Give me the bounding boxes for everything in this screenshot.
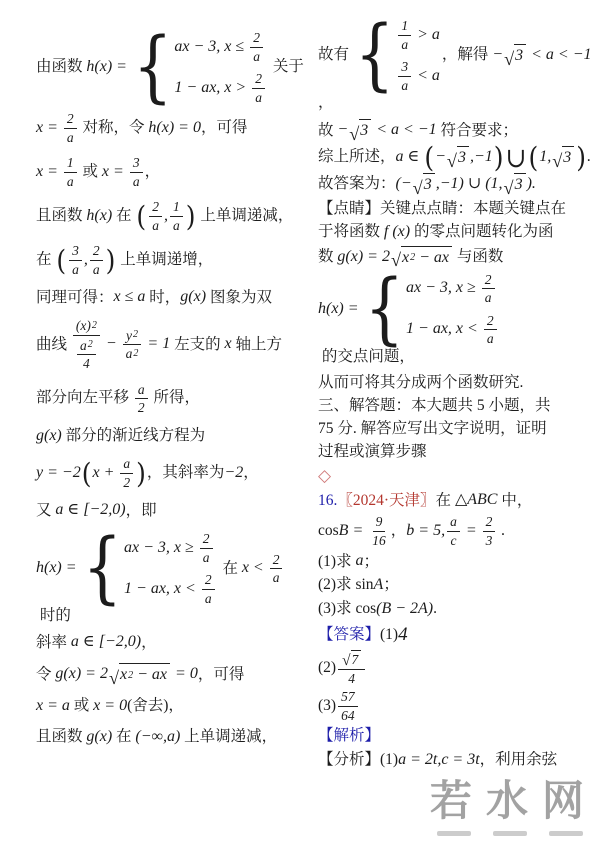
text-run: 故有 xyxy=(318,45,353,65)
math-run: 2 xyxy=(253,30,260,46)
math-run: 1 − ax, x > xyxy=(174,78,250,99)
math-run: 3 xyxy=(563,148,571,169)
text-run: (3)求 xyxy=(318,599,355,619)
math-run: 4 xyxy=(348,671,355,687)
fraction: a24 xyxy=(77,338,96,372)
big-delimiter: ∪ xyxy=(505,144,528,172)
text-run: ，解得 xyxy=(442,45,492,65)
superscript: 2 xyxy=(92,321,97,331)
math-run: 3 xyxy=(486,533,493,549)
math-run: a xyxy=(126,346,133,362)
radicand: 3 xyxy=(514,173,526,196)
math-run: 64 xyxy=(341,708,355,724)
text-run: 令 xyxy=(36,665,55,685)
text-run: 部分的渐近线方程为 xyxy=(62,426,205,446)
math-run: 2 xyxy=(138,400,145,416)
text-run: ； xyxy=(363,552,379,572)
numerator: 1 xyxy=(170,199,183,217)
math-run: h(x) = 0 xyxy=(148,118,201,139)
text-run: 曲线 xyxy=(36,335,71,355)
math-run: a xyxy=(355,551,363,572)
math-run: 3 xyxy=(133,155,140,171)
text-run: 中， xyxy=(497,491,532,511)
text-run: 于将函数 xyxy=(318,222,384,242)
math-run: x xyxy=(120,665,127,686)
radical-sign: √ xyxy=(504,50,514,68)
math-run: a xyxy=(401,37,408,53)
fraction: 1a xyxy=(64,155,77,189)
text-line: 由函数 h(x) = {ax − 3, x ≤ 2a1 − ax, x > 2a… xyxy=(36,30,314,105)
math-run: = xyxy=(462,521,481,542)
math-run: x = xyxy=(36,118,62,139)
text-run: . xyxy=(433,599,437,619)
numerator: 2 xyxy=(483,514,496,532)
denominator: a2 xyxy=(123,345,142,362)
math-run: cos xyxy=(355,599,376,619)
text-run: ， xyxy=(145,162,161,182)
math-run: a xyxy=(67,130,74,146)
text-run: 关于 xyxy=(269,57,304,77)
text-run: 75 分. 解答应写出文字说明，证明 xyxy=(318,419,547,439)
fraction: 2a xyxy=(484,313,497,347)
text-run: 数 xyxy=(318,247,337,267)
text-run: 16. xyxy=(318,491,337,511)
numerator: 3 xyxy=(69,243,82,261)
right-column: 故有 {1a > a3a < a，解得 −√3 < a < −1，故 −√3 <… xyxy=(318,16,596,773)
math-run: (− xyxy=(396,174,412,195)
text-run: 轴上方 xyxy=(232,335,282,355)
big-delimiter: ) xyxy=(105,246,117,274)
text-run: 从而可将其分成两个函数研究. xyxy=(318,373,523,393)
denominator: a xyxy=(130,173,143,190)
denominator: a xyxy=(270,569,283,586)
math-run: a xyxy=(138,382,145,398)
text-run: 故 xyxy=(318,121,337,141)
watermark-subtext xyxy=(424,831,596,836)
math-run: 3 xyxy=(515,175,523,196)
math-run: 2 xyxy=(486,514,493,530)
radical-sign: √ xyxy=(109,669,119,687)
text-line: 同理可得：x ≤ a 时，g(x) 图象为双 xyxy=(36,287,314,308)
text-run: ，利用余弦 xyxy=(480,750,558,770)
fraction: 3a xyxy=(130,155,143,189)
numerator: 57 xyxy=(338,689,358,707)
math-run: a xyxy=(273,570,280,586)
text-line: 在 (3a,2a) 上单调递增， xyxy=(36,243,314,277)
math-run: △ABC xyxy=(455,490,498,511)
big-delimiter: ) xyxy=(135,459,147,487)
math-run: 3 xyxy=(401,59,408,75)
denominator: a xyxy=(64,129,77,146)
text-run: 【分析】(1) xyxy=(318,750,398,770)
math-run: − xyxy=(435,147,446,168)
numerator: 9 xyxy=(373,514,386,532)
text-run: 部分向左平移 xyxy=(36,388,133,408)
radicand: x2 − ax xyxy=(401,246,452,269)
math-run: 2 xyxy=(205,572,212,588)
superscript: 2 xyxy=(133,330,138,340)
math-run: (x) xyxy=(76,318,91,334)
fraction: 2a xyxy=(90,243,103,277)
text-line: 曲线 (x)2a24 − y2a2 = 1 左支的 x 轴上方 xyxy=(36,318,314,372)
fraction: 2a xyxy=(482,272,495,306)
text-line: ◇ xyxy=(318,465,596,487)
numerator: 2 xyxy=(270,552,283,570)
text-run: 所得， xyxy=(150,388,200,408)
math-run: cos xyxy=(318,521,339,541)
sqrt-radical: √3 xyxy=(447,146,469,169)
text-line: x = 2a 对称，令 h(x) = 0，可得 xyxy=(36,111,314,145)
numerator: √7 xyxy=(338,650,365,670)
math-run: x = a xyxy=(36,696,70,717)
numerator: 2 xyxy=(252,71,265,89)
fraction: 2a xyxy=(149,199,162,233)
text-run: ，即 xyxy=(126,501,157,521)
numerator: 2 xyxy=(200,531,213,549)
fraction: ac xyxy=(447,514,460,548)
numerator: 2 xyxy=(64,111,77,129)
text-line: 斜率 a ∈ [−2,0)， xyxy=(36,632,314,653)
denominator: a xyxy=(90,261,103,278)
math-run: < a xyxy=(413,66,440,87)
text-run: (舍去)， xyxy=(127,696,184,716)
denominator: 3 xyxy=(483,532,496,549)
math-run: a xyxy=(255,90,262,106)
math-run: ,−1) ∪ (1, xyxy=(436,174,503,195)
fraction: 5764 xyxy=(338,689,358,723)
text-run: 【解析】 xyxy=(318,726,380,746)
superscript: 2 xyxy=(88,340,93,350)
math-run: > a xyxy=(413,25,440,46)
text-run: 在 xyxy=(112,727,135,747)
math-run: ax − 3, x ≥ xyxy=(406,278,480,299)
numerator: a xyxy=(120,456,133,474)
text-line: 【解析】 xyxy=(318,726,596,746)
text-line: 故答案为：(−√3,−1) ∪ (1,√3). xyxy=(318,173,596,196)
numerator: 2 xyxy=(202,572,215,590)
document-page: 由函数 h(x) = {ax − 3, x ≤ 2a1 − ax, x > 2a… xyxy=(0,0,600,849)
math-run: 4 xyxy=(83,356,90,372)
math-run: − xyxy=(337,120,348,141)
math-run: a xyxy=(450,514,457,530)
math-run: < a < −1 xyxy=(372,120,436,141)
math-run: a ∈ xyxy=(396,147,424,168)
math-run: h(x) xyxy=(86,206,112,227)
text-run: ， xyxy=(243,463,259,483)
math-run: g(x) = 2 xyxy=(55,664,108,685)
left-brace-icon: { xyxy=(83,532,122,606)
math-run: x = xyxy=(102,162,128,183)
denominator: 64 xyxy=(338,707,358,724)
text-run: 同理可得： xyxy=(36,288,114,308)
text-run: ，可得 xyxy=(201,118,248,138)
left-column: 由函数 h(x) = {ax − 3, x ≤ 2a1 − ax, x > 2a… xyxy=(36,28,314,758)
cases-group: {ax − 3, x ≤ 2a1 − ax, x > 2a xyxy=(133,30,267,105)
text-run: 且函数 xyxy=(36,206,86,226)
text-line: (2)√74 xyxy=(318,650,596,686)
text-run: (1)求 xyxy=(318,552,355,572)
text-line: 过程或演算步骤 xyxy=(318,442,596,462)
math-run: a ∈ [−2,0) xyxy=(71,632,141,653)
watermark-subtext-blur xyxy=(437,831,471,836)
radicand: x2 − ax xyxy=(119,663,170,686)
radicand: 7 xyxy=(351,650,362,668)
text-line: 【分析】(1)a = 2t,c = 3t，利用余弦 xyxy=(318,750,596,771)
left-brace-icon: { xyxy=(365,272,404,346)
text-run: ◇ xyxy=(318,465,331,487)
math-run: 1, xyxy=(539,147,551,168)
radicand: 3 xyxy=(514,44,526,67)
denominator: a xyxy=(252,89,265,106)
fraction: 2a xyxy=(202,572,215,606)
math-run: −2 xyxy=(224,463,243,484)
text-run: 与函数 xyxy=(453,247,503,267)
numerator: 2 xyxy=(482,272,495,290)
cases-row: ax − 3, x ≥ 2a xyxy=(124,531,217,565)
math-run: a xyxy=(485,290,492,306)
text-line: 16.〖2024·天津〗在 △ABC 中， xyxy=(318,490,596,511)
radical-sign: √ xyxy=(552,152,562,170)
denominator: a xyxy=(64,173,77,190)
math-run: x < xyxy=(242,558,268,579)
fraction: y2a2 xyxy=(123,328,142,362)
numerator: 1 xyxy=(398,18,411,36)
math-run: y = −2 xyxy=(36,463,81,484)
numerator: a2 xyxy=(77,338,96,356)
sqrt-radical: √3 xyxy=(504,44,526,67)
math-run: , xyxy=(164,206,168,227)
text-line: 故有 {1a > a3a < a，解得 −√3 < a < −1， xyxy=(318,18,596,113)
math-run: 2 xyxy=(487,313,494,329)
fraction: 2a xyxy=(64,111,77,145)
fraction: a2 xyxy=(135,382,148,416)
big-delimiter: ) xyxy=(493,144,505,172)
math-run: = 0 xyxy=(171,664,198,685)
text-run: 斜率 xyxy=(36,633,71,653)
text-line: 且函数 h(x) 在 (2a,1a) 上单调递减， xyxy=(36,199,314,233)
math-run: 2 xyxy=(485,272,492,288)
text-run: 或 xyxy=(70,696,93,716)
math-run: 57 xyxy=(341,689,355,705)
text-run: 在 xyxy=(112,206,135,226)
math-run: − ax xyxy=(415,248,449,269)
math-run: x = 0 xyxy=(93,696,127,717)
text-run: 在 xyxy=(36,250,55,270)
text-run: 在 xyxy=(436,491,455,511)
math-run: . xyxy=(587,147,591,168)
text-run: 〖2024·天津〗 xyxy=(337,491,435,511)
math-run: ax − 3, x ≥ xyxy=(124,538,198,559)
denominator: a xyxy=(482,289,495,306)
denominator: a xyxy=(250,48,263,65)
fraction: 1a xyxy=(170,199,183,233)
text-run: ，其斜率为 xyxy=(147,463,225,483)
text-line: 【答案】(1)4 xyxy=(318,623,596,648)
math-run: x xyxy=(224,334,231,355)
watermark-subtext-blur xyxy=(493,831,527,836)
math-run: a xyxy=(152,218,159,234)
math-run: (B − 2A) xyxy=(376,599,433,620)
math-run: f (x) xyxy=(384,222,410,243)
text-line: h(x) = {ax − 3, x ≥ 2a1 − ax, x < 2a 的交点… xyxy=(318,272,596,367)
text-run: 综上所述， xyxy=(318,147,396,167)
denominator: c xyxy=(447,532,459,549)
math-run: . xyxy=(497,521,505,542)
cases-row: 1 − ax, x > 2a xyxy=(174,71,267,105)
math-run: a xyxy=(487,331,494,347)
math-run: c xyxy=(450,533,456,549)
radical-sign: √ xyxy=(504,179,514,197)
math-run: a = 2t,c = 3t xyxy=(398,750,480,771)
math-run: 2 xyxy=(255,71,262,87)
left-brace-icon: { xyxy=(133,31,172,105)
text-run: 的零点问题转化为函 xyxy=(410,222,553,242)
denominator: 4 xyxy=(345,670,358,687)
math-run: 2 xyxy=(273,552,280,568)
math-run: 2 xyxy=(93,243,100,259)
text-run: ； xyxy=(383,575,399,595)
text-run: ， xyxy=(141,633,157,653)
cases-group: {ax − 3, x ≥ 2a1 − ax, x < 2a xyxy=(83,531,217,606)
radicand: 3 xyxy=(457,146,469,169)
numerator: 3 xyxy=(398,59,411,77)
text-line: 于将函数 f (x) 的零点问题转化为函 xyxy=(318,222,596,243)
fraction: 3a xyxy=(69,243,82,277)
sqrt-radical: √3 xyxy=(413,173,435,196)
math-run: a xyxy=(401,78,408,94)
text-run: 三、解答题：本大题共 5 小题，共 xyxy=(318,396,551,416)
denominator: a xyxy=(484,330,497,347)
math-run: h(x) = xyxy=(36,558,81,579)
math-run: x = xyxy=(36,162,62,183)
math-run: a xyxy=(67,174,74,190)
big-delimiter: ( xyxy=(55,246,67,274)
numerator: 1 xyxy=(64,155,77,173)
math-run: a xyxy=(205,591,212,607)
sqrt-radical: √3 xyxy=(504,173,526,196)
text-line: 75 分. 解答应写出文字说明，证明 xyxy=(318,419,596,439)
text-run: ，可得 xyxy=(198,665,245,685)
math-run: h(x) = xyxy=(86,57,131,78)
radical-sign: √ xyxy=(349,125,359,143)
denominator: a xyxy=(200,549,213,566)
math-run: y xyxy=(126,328,132,344)
numerator: 2 xyxy=(484,313,497,331)
text-line: 令 g(x) = 2√x2 − ax = 0，可得 xyxy=(36,663,314,686)
fraction: 2a xyxy=(252,71,265,105)
denominator: a xyxy=(202,590,215,607)
math-run: 3 xyxy=(515,46,523,67)
math-run: g(x) xyxy=(36,426,62,447)
numerator: a xyxy=(135,382,148,400)
big-delimiter: ) xyxy=(575,144,587,172)
math-run: − xyxy=(102,334,121,355)
text-run: 过程或演算步骤 xyxy=(318,442,427,462)
denominator: 16 xyxy=(369,532,389,549)
math-run: A xyxy=(374,575,384,596)
text-line: 三、解答题：本大题共 5 小题，共 xyxy=(318,396,596,416)
text-line: 数 g(x) = 2√x2 − ax 与函数 xyxy=(318,246,596,269)
text-line: 【点睛】关键点点睛：本题关键点在 xyxy=(318,199,596,219)
text-run: 图象为双 xyxy=(206,288,272,308)
numerator: 2 xyxy=(250,30,263,48)
text-run: 【点睛】关键点点睛：本题关键点在 xyxy=(318,199,566,219)
numerator: (x)2 xyxy=(73,318,100,336)
text-line: h(x) = {ax − 3, x ≥ 2a1 − ax, x < 2a 在 x… xyxy=(36,531,314,626)
math-run: 2 xyxy=(203,531,210,547)
text-line: x = 1a 或 x = 3a， xyxy=(36,155,314,189)
text-run: 由函数 xyxy=(36,57,86,77)
fraction: a2 xyxy=(120,456,133,490)
math-run: 4 xyxy=(398,623,408,648)
text-line: g(x) 部分的渐近线方程为 xyxy=(36,426,314,447)
cases-row: ax − 3, x ≥ 2a xyxy=(406,272,499,306)
math-run: x ≤ a xyxy=(114,287,146,308)
cases-group: {ax − 3, x ≥ 2a1 − ax, x < 2a xyxy=(365,272,499,347)
text-line: (1)求 a； xyxy=(318,551,596,572)
text-run: (2)求 xyxy=(318,575,355,595)
text-run: 上单调递减， xyxy=(180,727,277,747)
math-run: 2 xyxy=(67,111,74,127)
big-delimiter: ( xyxy=(423,144,435,172)
math-run: a xyxy=(173,218,180,234)
radicand: 3 xyxy=(562,146,574,169)
text-run: 上单调递减， xyxy=(196,206,293,226)
math-run: 7 xyxy=(352,652,359,668)
text-line: 故 −√3 < a < −1 符合要求； xyxy=(318,119,596,142)
math-run: 1 − ax, x < xyxy=(124,579,200,600)
text-run: 或 xyxy=(79,162,102,182)
text-line: 从而可将其分成两个函数研究. xyxy=(318,373,596,393)
numerator: a xyxy=(447,514,460,532)
math-run: = 1 xyxy=(143,334,170,355)
watermark-subtext-blur xyxy=(549,831,583,836)
math-run: < a < −1 xyxy=(527,45,591,66)
math-run: a xyxy=(80,338,87,354)
big-delimiter: ( xyxy=(81,459,93,487)
text-line: 且函数 g(x) 在 (−∞,a) 上单调递减， xyxy=(36,727,314,748)
text-line: cosB = 916，b = 5,ac = 23 . xyxy=(318,514,596,548)
math-run: − ax xyxy=(133,665,167,686)
math-run: 3 xyxy=(72,243,79,259)
sqrt-radical: √x2 − ax xyxy=(109,663,170,686)
math-run: sin xyxy=(355,575,373,595)
fraction: 3a xyxy=(398,59,411,93)
math-run: B = xyxy=(339,521,368,542)
math-run: , xyxy=(84,250,88,271)
fraction: (x)2a24 xyxy=(73,318,100,372)
math-run: a xyxy=(253,49,260,65)
math-run: ax − 3, x ≤ xyxy=(174,37,248,58)
cases-rows: ax − 3, x ≥ 2a1 − ax, x < 2a xyxy=(124,531,217,606)
numerator: y2 xyxy=(123,328,141,346)
denominator: a xyxy=(170,217,183,234)
math-run: − xyxy=(492,45,503,66)
cases-group: {1a > a3a < a xyxy=(355,18,440,93)
math-run: g(x) xyxy=(86,727,112,748)
text-run: 上单调递增， xyxy=(116,250,213,270)
math-run: b = 5, xyxy=(406,521,445,542)
fraction: √74 xyxy=(338,650,365,686)
big-delimiter: ( xyxy=(135,202,147,230)
denominator: a xyxy=(149,217,162,234)
watermark: 若水网 xyxy=(424,778,596,836)
math-run: 1 xyxy=(173,199,180,215)
text-line: (3)求 cos(B − 2A). xyxy=(318,599,596,620)
math-run: 1 xyxy=(67,155,74,171)
numerator: 3 xyxy=(130,155,143,173)
fraction: 1a xyxy=(398,18,411,52)
